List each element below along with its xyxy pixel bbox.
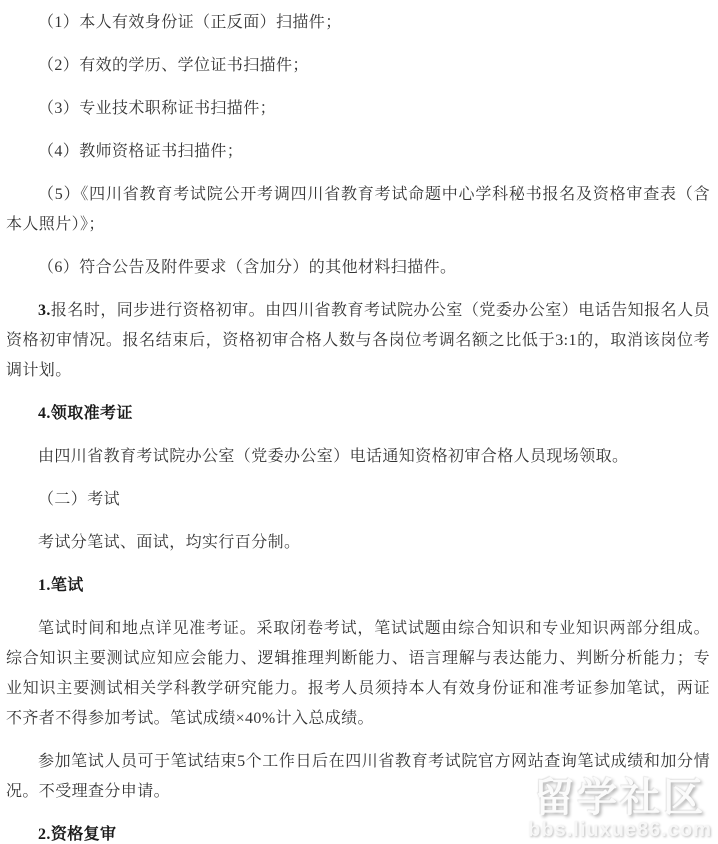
paragraph-text: 笔试时间和地点详见准考证。采取闭卷考试，笔试试题由综合知识和专业知识两部分组成。… [6,620,710,727]
paragraph: （1）本人有效身份证（正反面）扫描件； [6,8,710,38]
paragraph-number: 1. [38,577,51,594]
paragraph-number: 2. [38,826,51,843]
paragraph: （2）有效的学历、学位证书扫描件； [6,51,710,81]
paragraph: （二）考试 [6,485,710,515]
document-page: （1）本人有效身份证（正反面）扫描件；（2）有效的学历、学位证书扫描件；（3）专… [0,0,718,844]
paragraph: 考试分笔试、面试，均实行百分制。 [6,528,710,558]
paragraph-text: 报名时，同步进行资格初审。由四川省教育考试院办公室（党委办公室）电话告知报名人员… [6,302,710,379]
paragraph-text: 领取准考证 [51,405,133,422]
paragraph: （4）教师资格证书扫描件； [6,137,710,167]
paragraph-text: 笔试 [51,577,84,594]
document-content: （1）本人有效身份证（正反面）扫描件；（2）有效的学历、学位证书扫描件；（3）专… [6,8,710,844]
section-heading: 4.领取准考证 [6,399,710,429]
paragraph: 3.报名时，同步进行资格初审。由四川省教育考试院办公室（党委办公室）电话告知报名… [6,296,710,386]
paragraph-number: 3. [38,302,51,319]
section-heading: 2.资格复审 [6,820,710,844]
paragraph: （5）《四川省教育考试院公开考调四川省教育考试命题中心学科秘书报名及资格审查表（… [6,180,710,240]
paragraph: 参加笔试人员可于笔试结束5个工作日后在四川省教育考试院官方网站查询笔试成绩和加分… [6,747,710,807]
paragraph-text: （3）专业技术职称证书扫描件； [38,100,276,117]
paragraph: 由四川省教育考试院办公室（党委办公室）电话通知资格初审合格人员现场领取。 [6,442,710,472]
paragraph-text: 由四川省教育考试院办公室（党委办公室）电话通知资格初审合格人员现场领取。 [38,448,628,465]
paragraph-text: （二）考试 [38,491,120,508]
paragraph-number: 4. [38,405,51,422]
paragraph: 笔试时间和地点详见准考证。采取闭卷考试，笔试试题由综合知识和专业知识两部分组成。… [6,614,710,734]
paragraph-text: 资格复审 [51,826,117,843]
paragraph: （3）专业技术职称证书扫描件； [6,94,710,124]
paragraph-text: （4）教师资格证书扫描件； [38,143,243,160]
paragraph-text: （6）符合公告及附件要求（含加分）的其他材料扫描件。 [38,259,456,276]
paragraph-text: 参加笔试人员可于笔试结束5个工作日后在四川省教育考试院官方网站查询笔试成绩和加分… [6,753,710,800]
paragraph-text: （2）有效的学历、学位证书扫描件； [38,57,309,74]
paragraph-text: （1）本人有效身份证（正反面）扫描件； [38,14,342,31]
section-heading: 1.笔试 [6,571,710,601]
paragraph: （6）符合公告及附件要求（含加分）的其他材料扫描件。 [6,253,710,283]
paragraph-text: （5）《四川省教育考试院公开考调四川省教育考试命题中心学科秘书报名及资格审查表（… [6,186,710,233]
paragraph-text: 考试分笔试、面试，均实行百分制。 [38,534,300,551]
